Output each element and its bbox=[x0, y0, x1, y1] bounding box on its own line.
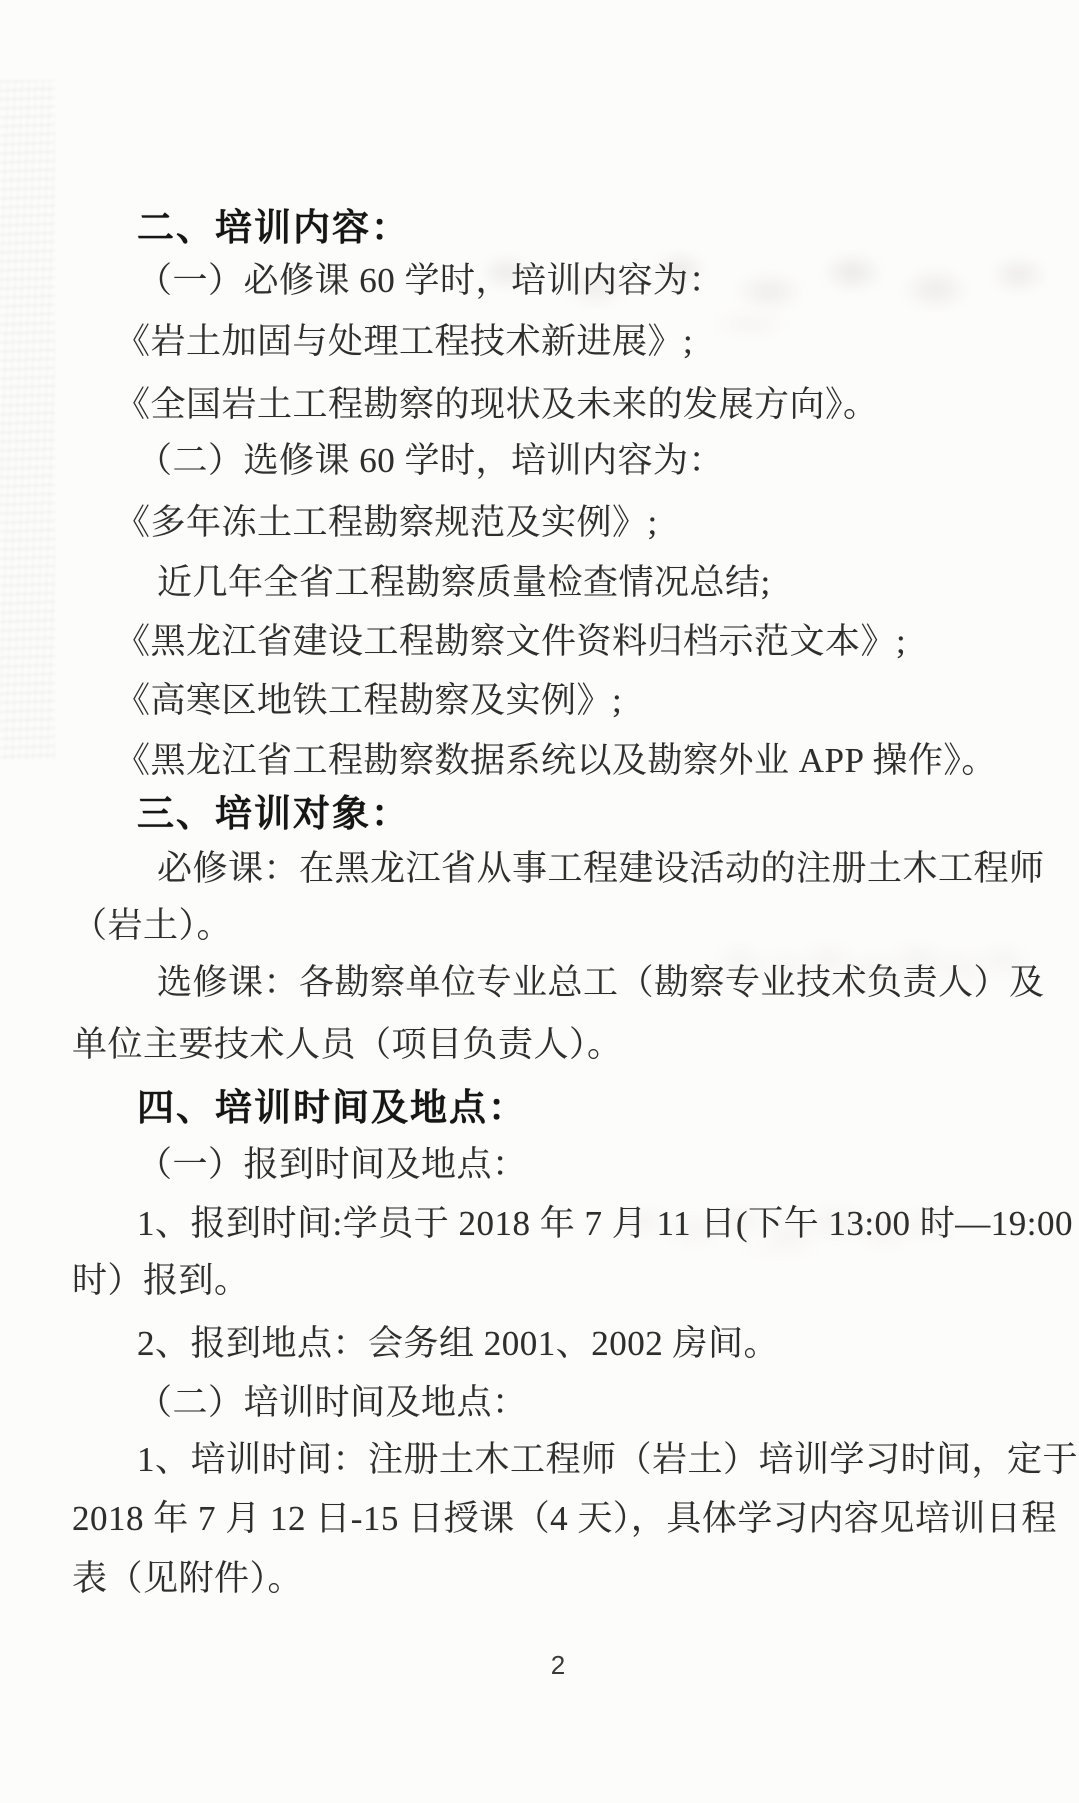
doc-line: （一）必修课 60 学时，培训内容为： bbox=[137, 253, 724, 303]
doc-line-book-title: 《岩土加固与处理工程技术新进展》; bbox=[115, 314, 693, 364]
doc-line: 近几年全省工程勘察质量检查情况总结; bbox=[157, 555, 771, 605]
doc-line: （一）报到时间及地点： bbox=[137, 1137, 528, 1187]
doc-line: 2、报到地点：会务组 2001、2002 房间。 bbox=[137, 1316, 779, 1366]
doc-line: 1、培训时间：注册土木工程师（岩土）培训学习时间，定于 bbox=[137, 1432, 1078, 1482]
doc-line: 2018 年 7 月 12 日-15 日授课（4 天），具体学习内容见培训日程 bbox=[72, 1491, 1057, 1541]
doc-line: 必修课：在黑龙江省从事工程建设活动的注册土木工程师 bbox=[157, 841, 1045, 891]
doc-line: 选修课：各勘察单位专业总工（勘察专业技术负责人）及 bbox=[157, 955, 1045, 1005]
page-number: 2 bbox=[543, 1650, 573, 1681]
doc-line: 单位主要技术人员（项目负责人）。 bbox=[72, 1017, 623, 1067]
doc-line-book-title: 《黑龙江省建设工程勘察文件资料归档示范文本》; bbox=[115, 614, 906, 664]
doc-line-book-title: 《高寒区地铁工程勘察及实例》; bbox=[115, 673, 622, 723]
doc-line-book-title: 《多年冻土工程勘察规范及实例》; bbox=[115, 495, 658, 545]
doc-line: （岩土）。 bbox=[72, 898, 232, 948]
doc-line: （二）选修课 60 学时，培训内容为： bbox=[137, 433, 724, 483]
section-heading-training-content: 二、培训内容： bbox=[137, 197, 410, 251]
doc-line-book-title: 《黑龙江省工程勘察数据系统以及勘察外业 APP 操作》。 bbox=[115, 733, 997, 783]
doc-line: （二）培训时间及地点： bbox=[137, 1375, 528, 1425]
doc-line: 时）报到。 bbox=[72, 1253, 250, 1303]
section-heading-time-and-place: 四、培训时间及地点： bbox=[137, 1077, 527, 1131]
doc-line: 1、报到时间:学员于 2018 年 7 月 11 日(下午 13:00 时—19… bbox=[137, 1196, 1073, 1246]
scanned-document-page: 二、培训内容： （一）必修课 60 学时，培训内容为： 《岩土加固与处理工程技术… bbox=[0, 0, 1079, 1803]
scan-noise-artifact bbox=[0, 80, 55, 760]
doc-line-book-title: 《全国岩土工程勘察的现状及未来的发展方向》。 bbox=[115, 377, 879, 427]
section-heading-training-audience: 三、培训对象： bbox=[137, 783, 410, 837]
doc-line: 表（见附件）。 bbox=[72, 1551, 303, 1601]
